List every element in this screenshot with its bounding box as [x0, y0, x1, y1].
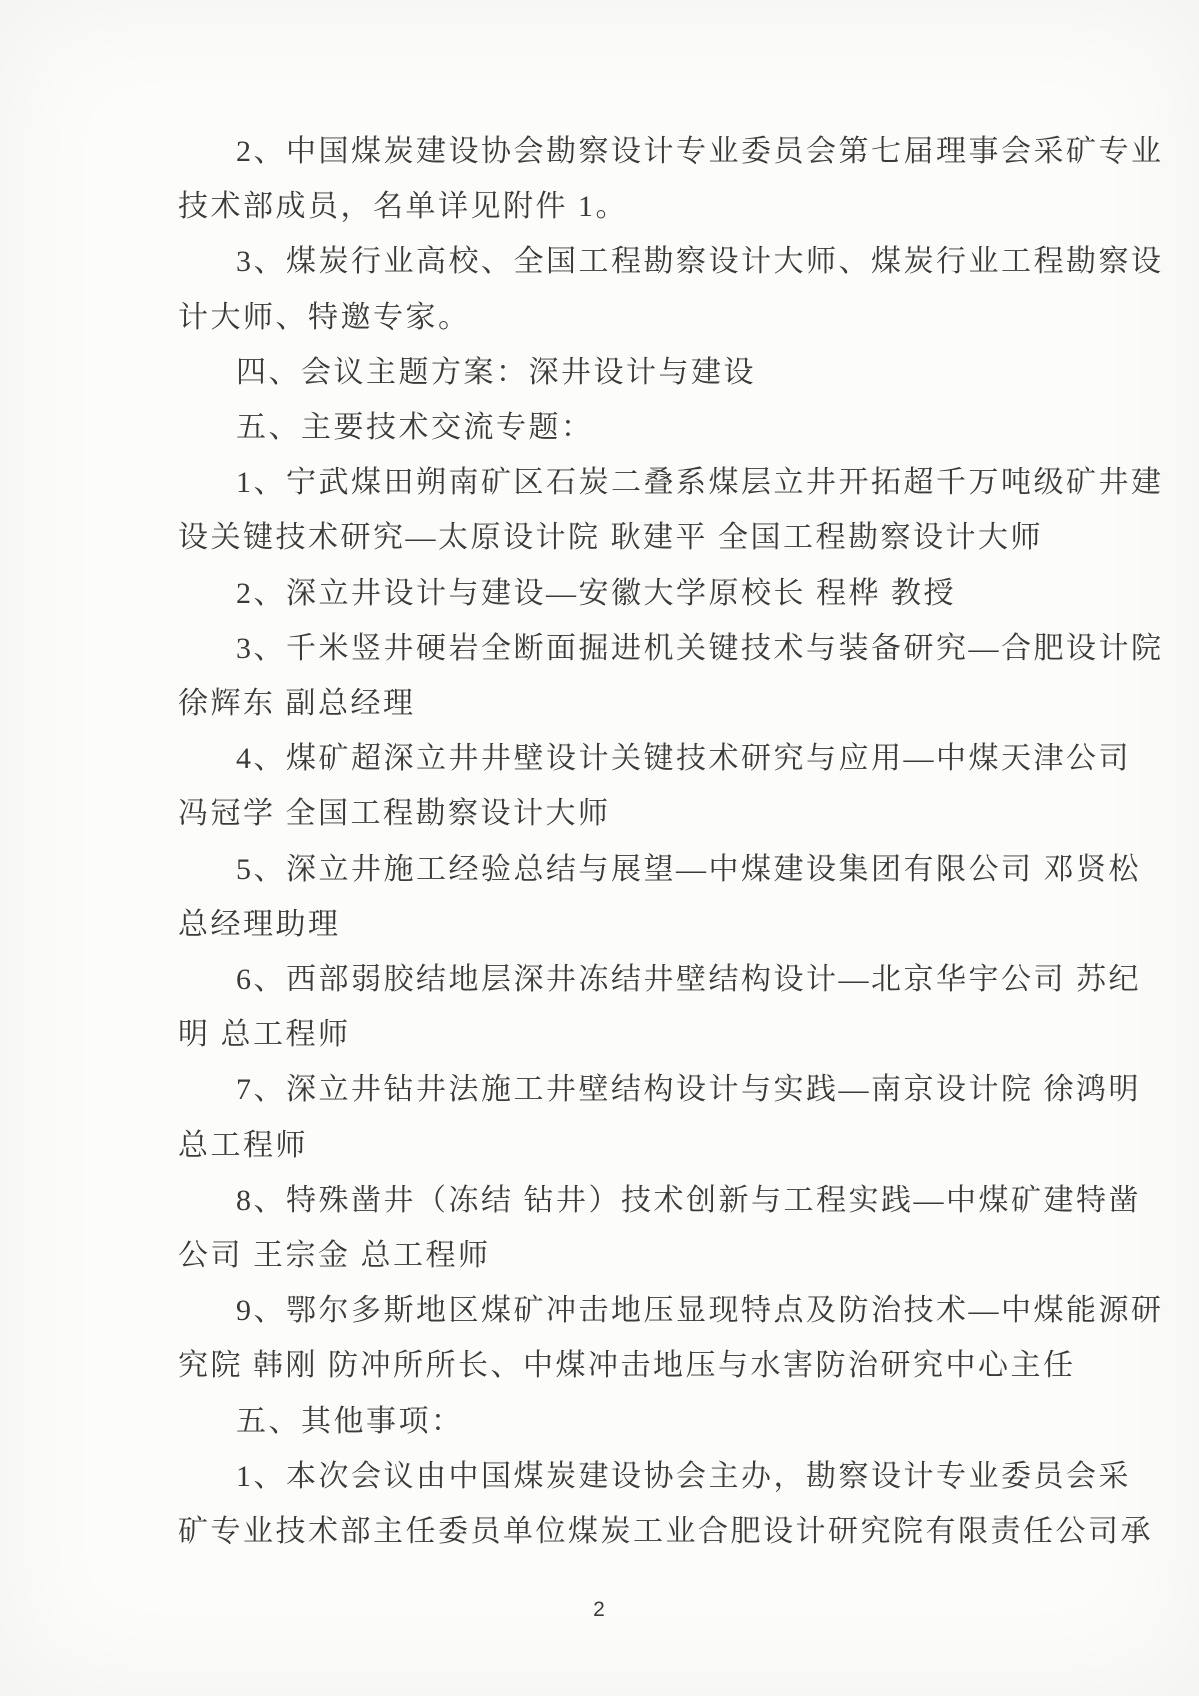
doc-line: 1、本次会议由中国煤炭建设协会主办，勘察设计专业委员会采: [178, 1449, 970, 1504]
document-body: 2、中国煤炭建设协会勘察设计专业委员会第七届理事会采矿专业 技术部成员，名单详见…: [178, 124, 970, 1559]
doc-line: 明 总工程师: [178, 1007, 970, 1062]
doc-line: 公司 王宗金 总工程师: [178, 1228, 970, 1283]
doc-line: 总经理助理: [178, 897, 970, 952]
doc-line: 9、鄂尔多斯地区煤矿冲击地压显现特点及防治技术—中煤能源研: [178, 1283, 970, 1338]
doc-line: 7、深立井钻井法施工井壁结构设计与实践—南京设计院 徐鸿明: [178, 1062, 970, 1117]
doc-line section-heading: 五、主要技术交流专题：: [178, 400, 970, 455]
doc-line: 计大师、特邀专家。: [178, 290, 970, 345]
document-page: 2、中国煤炭建设协会勘察设计专业委员会第七届理事会采矿专业 技术部成员，名单详见…: [0, 0, 1199, 1696]
doc-line: 5、深立井施工经验总结与展望—中煤建设集团有限公司 邓贤松: [178, 842, 970, 897]
doc-line: 矿专业技术部主任委员单位煤炭工业合肥设计研究院有限责任公司承: [178, 1504, 970, 1559]
doc-line section-heading: 五、其他事项：: [178, 1394, 970, 1449]
doc-line: 技术部成员，名单详见附件 1。: [178, 179, 970, 234]
doc-line: 2、深立井设计与建设—安徽大学原校长 程桦 教授: [178, 566, 970, 621]
doc-line: 3、千米竖井硬岩全断面掘进机关键技术与装备研究—合肥设计院: [178, 621, 970, 676]
doc-line section-heading: 四、会议主题方案：深井设计与建设: [178, 345, 970, 400]
doc-line: 1、宁武煤田朔南矿区石炭二叠系煤层立井开拓超千万吨级矿井建: [178, 455, 970, 510]
doc-line: 6、西部弱胶结地层深井冻结井壁结构设计—北京华宇公司 苏纪: [178, 952, 970, 1007]
doc-line: 2、中国煤炭建设协会勘察设计专业委员会第七届理事会采矿专业: [178, 124, 970, 179]
doc-line: 3、煤炭行业高校、全国工程勘察设计大师、煤炭行业工程勘察设: [178, 234, 970, 289]
doc-line: 冯冠学 全国工程勘察设计大师: [178, 786, 970, 841]
doc-line: 4、煤矿超深立井井壁设计关键技术研究与应用—中煤天津公司: [178, 731, 970, 786]
doc-line: 8、特殊凿井（冻结 钻井）技术创新与工程实践—中煤矿建特凿: [178, 1173, 970, 1228]
page-number: 2: [0, 1598, 1199, 1622]
doc-line: 设关键技术研究—太原设计院 耿建平 全国工程勘察设计大师: [178, 510, 970, 565]
doc-line: 总工程师: [178, 1118, 970, 1173]
doc-line: 究院 韩刚 防冲所所长、中煤冲击地压与水害防治研究中心主任: [178, 1338, 970, 1393]
doc-line: 徐辉东 副总经理: [178, 676, 970, 731]
